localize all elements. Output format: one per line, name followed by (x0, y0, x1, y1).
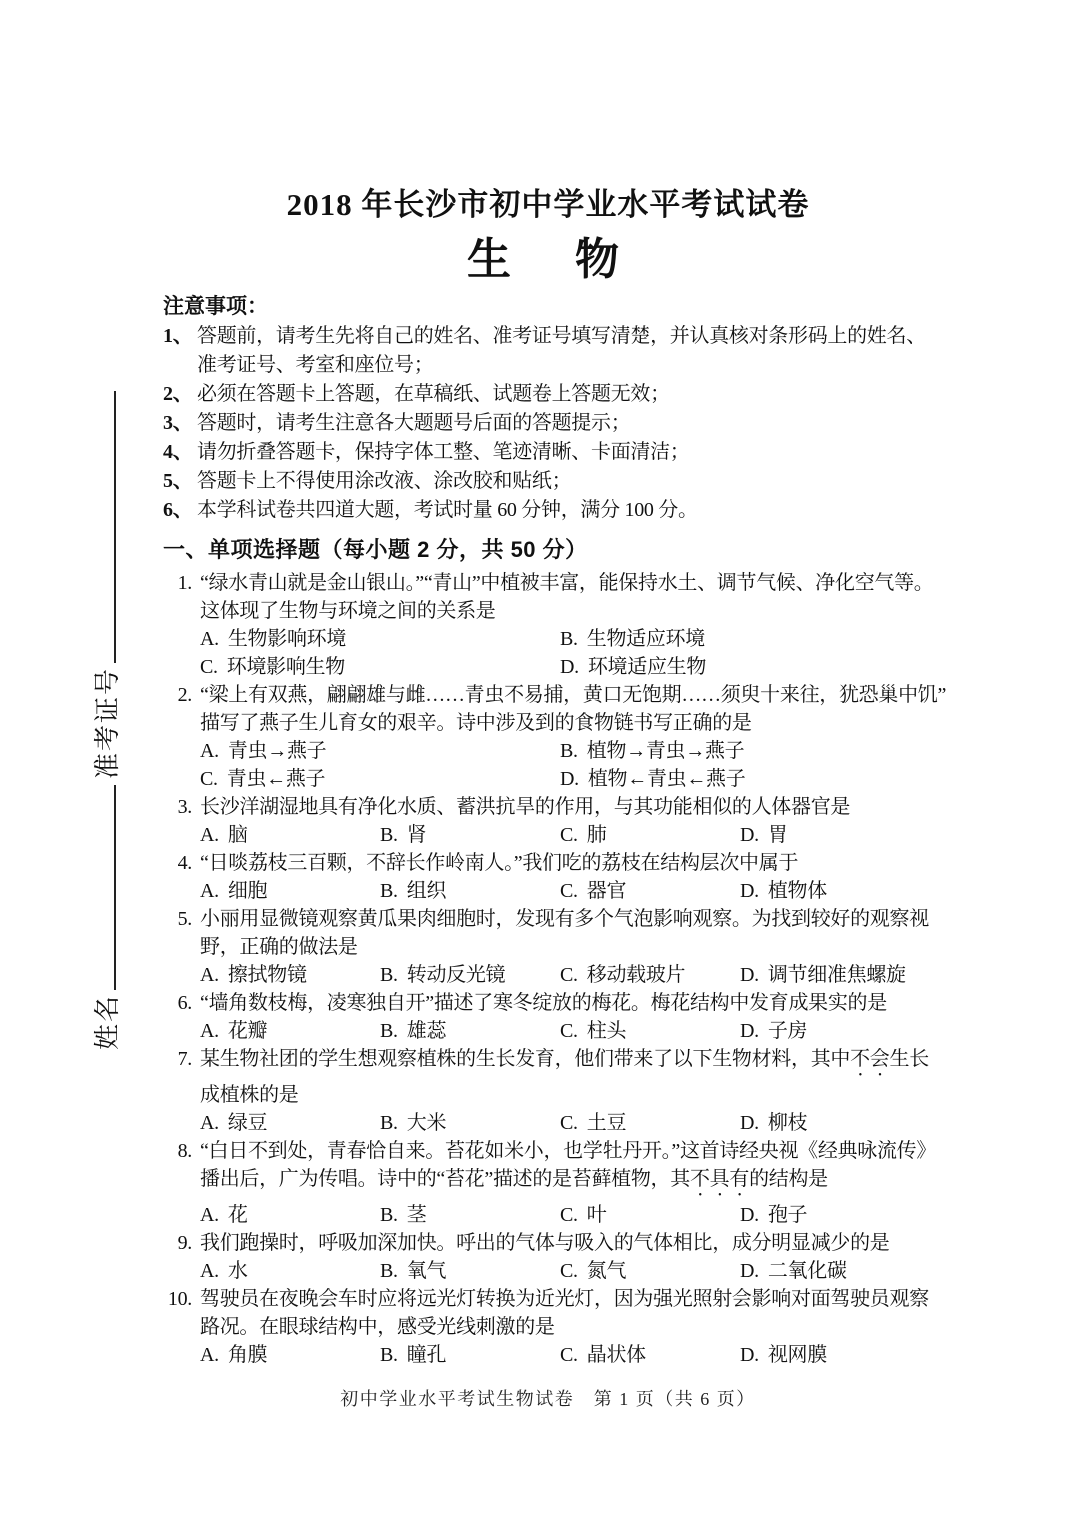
option-letter: B. (560, 625, 578, 653)
option-text: 氮气 (587, 1260, 626, 1282)
notice-text-line: 本学科试卷共四道大题，考试时量 60 分钟，满分 100 分。 (197, 496, 698, 525)
ticket-number-field-label: 准考证号 (93, 667, 122, 779)
option-D: D.植物体 (740, 877, 933, 905)
option-text: 大米 (407, 1112, 446, 1134)
ticket-number-blank-line (86, 391, 116, 663)
question-stem-line: 这体现了生物与环境之间的关系是 (200, 597, 933, 625)
notice-item: 5、答题卡上不得使用涂改液、涂改胶和贴纸； (163, 467, 933, 496)
option-A: A.绿豆 (200, 1109, 380, 1137)
option-C: C.氮气 (560, 1257, 740, 1285)
option-C: C.柱头 (560, 1017, 740, 1045)
stem-emphasized-text: 不具有 (690, 1168, 749, 1190)
question-item: 8.“白日不到处，青春恰自来。苔花如米小，也学牡丹开。”这首诗经央视《经典咏流传… (163, 1137, 933, 1229)
option-letter: C. (200, 653, 218, 681)
question-stem-line: 野，正确的做法是 (200, 933, 933, 961)
option-letter: C. (560, 1109, 578, 1137)
question-body: 驾驶员在夜晚会车时应将远光灯转换为近光灯，因为强光照射会影响对面驾驶员观察路况。… (200, 1285, 933, 1369)
stem-text: 小丽用显微镜观察黄瓜果肉细胞时，发现有多个气泡影响观察。为找到较好的观察视 (200, 908, 929, 930)
notice-list: 1、答题前，请考生先将自己的姓名、准考证号填写清楚，并认真核对条形码上的姓名、准… (163, 322, 933, 525)
option-letter: A. (200, 1201, 219, 1229)
notice-item: 6、本学科试卷共四道大题，考试时量 60 分钟，满分 100 分。 (163, 496, 933, 525)
question-number: 3. (163, 793, 200, 849)
option-letter: B. (380, 1257, 398, 1285)
option-A: A.脑 (200, 821, 380, 849)
question-number: 2. (163, 681, 200, 793)
option-text: 环境适应生物 (588, 656, 706, 678)
option-text: 晶状体 (587, 1344, 646, 1366)
option-text: 角膜 (228, 1344, 267, 1366)
stem-text: 野，正确的做法是 (200, 936, 358, 958)
option-A: A.擦拭物镜 (200, 961, 380, 989)
option-text: 组织 (407, 880, 446, 902)
question-stem-line: 驾驶员在夜晚会车时应将远光灯转换为近光灯，因为强光照射会影响对面驾驶员观察 (200, 1285, 933, 1313)
option-letter: A. (200, 821, 219, 849)
question-stem-line: “白日不到处，青春恰自来。苔花如米小，也学牡丹开。”这首诗经央视《经典咏流传》 (200, 1137, 933, 1165)
option-text: 水 (228, 1260, 248, 1282)
option-C: C.肺 (560, 821, 740, 849)
option-text: 擦拭物镜 (228, 964, 307, 986)
option-letter: B. (380, 1109, 398, 1137)
option-text: 肺 (587, 824, 607, 846)
option-D: D.环境适应生物 (560, 653, 933, 681)
option-letter: B. (380, 877, 398, 905)
option-text: 孢子 (768, 1204, 807, 1226)
question-number: 7. (163, 1045, 200, 1137)
question-item: 5.小丽用显微镜观察黄瓜果肉细胞时，发现有多个气泡影响观察。为找到较好的观察视野… (163, 905, 933, 989)
option-C: C.叶 (560, 1201, 740, 1229)
option-letter: D. (560, 653, 579, 681)
option-C: C.环境影响生物 (200, 653, 560, 681)
page-footer: 初中学业水平考试生物试卷 第 1 页（共 6 页） (163, 1387, 933, 1411)
stem-text: “白日不到处，青春恰自来。苔花如米小，也学牡丹开。”这首诗经央视《经典咏流传》 (200, 1140, 936, 1162)
notice-item-number: 4、 (163, 438, 197, 467)
option-letter: D. (740, 1201, 759, 1229)
option-text: 植物体 (768, 880, 827, 902)
notice-text-line: 答题前，请考生先将自己的姓名、准考证号填写清楚，并认真核对条形码上的姓名、 (197, 322, 926, 351)
question-item: 4.“日啖荔枝三百颗，不辞长作岭南人。”我们吃的荔枝在结构层次中属于A.细胞B.… (163, 849, 933, 905)
option-A: A.细胞 (200, 877, 380, 905)
option-text: 植物←青虫←燕子 (588, 768, 746, 790)
option-text: 转动反光镜 (407, 964, 506, 986)
option-text: 柳枝 (768, 1112, 807, 1134)
option-letter: A. (200, 1017, 219, 1045)
option-text: 脑 (228, 824, 248, 846)
notice-item-text: 本学科试卷共四道大题，考试时量 60 分钟，满分 100 分。 (197, 496, 698, 525)
option-text: 细胞 (228, 880, 267, 902)
question-stem-line: 长沙洋湖湿地具有净化水质、蓄洪抗旱的作用，与其功能相似的人体器官是 (200, 793, 933, 821)
question-item: 9.我们跑操时，呼吸加深加快。呼出的气体与吸入的气体相比，成分明显减少的是A.水… (163, 1229, 933, 1285)
exam-paper-page: 姓名准考证号 2018 年长沙市初中学业水平考试试卷 生 物 注意事项： 1、答… (0, 0, 1080, 1528)
option-letter: A. (200, 961, 219, 989)
stem-text: “墙角数枝梅，凌寒独自开”描述了寒冬绽放的梅花。梅花结构中发育成果实的是 (200, 992, 887, 1014)
option-B: B.雄蕊 (380, 1017, 560, 1045)
option-text: 柱头 (587, 1020, 626, 1042)
stem-text: 路况。在眼球结构中，感受光线刺激的是 (200, 1316, 555, 1338)
option-B: B.茎 (380, 1201, 560, 1229)
question-body: “绿水青山就是金山银山。”“青山”中植被丰富，能保持水土、调节气候、净化空气等。… (200, 569, 933, 681)
option-A: A.水 (200, 1257, 380, 1285)
option-C: C.晶状体 (560, 1341, 740, 1369)
stem-emphasized-text: 不会 (850, 1048, 889, 1070)
option-A: A.花瓣 (200, 1017, 380, 1045)
question-number: 6. (163, 989, 200, 1045)
option-letter: C. (560, 1257, 578, 1285)
question-body: 小丽用显微镜观察黄瓜果肉细胞时，发现有多个气泡影响观察。为找到较好的观察视野，正… (200, 905, 933, 989)
question-stem-line: 某生物社团的学生想观察植株的生长发育，他们带来了以下生物材料，其中不会生长 (200, 1045, 933, 1081)
question-body: 我们跑操时，呼吸加深加快。呼出的气体与吸入的气体相比，成分明显减少的是A.水B.… (200, 1229, 933, 1285)
notice-item: 3、答题时，请考生注意各大题题号后面的答题提示； (163, 409, 933, 438)
option-text: 胃 (768, 824, 788, 846)
option-D: D.孢子 (740, 1201, 933, 1229)
subject-title: 生 物 (163, 234, 933, 286)
option-B: B.生物适应环境 (560, 625, 933, 653)
stem-text: 描写了燕子生儿育女的艰辛。诗中涉及到的食物链书写正确的是 (200, 712, 752, 734)
question-stem-line: “梁上有双燕，翩翩雄与雌……青虫不易捕，黄口无饱期……须臾十来往，犹恐巢中饥” (200, 681, 933, 709)
option-text: 器官 (587, 880, 626, 902)
option-letter: A. (200, 1257, 219, 1285)
option-row: A.花B.茎C.叶D.孢子 (200, 1201, 933, 1229)
option-row: A.脑B.肾C.肺D.胃 (200, 821, 933, 849)
section-one-heading: 一、单项选择题（每小题 2 分，共 50 分） (163, 534, 933, 565)
option-letter: B. (380, 961, 398, 989)
seal-margin-area: 姓名准考证号 (86, 370, 126, 1050)
question-body: “梁上有双燕，翩翩雄与雌……青虫不易捕，黄口无饱期……须臾十来往，犹恐巢中饥”描… (200, 681, 933, 793)
option-row: A.水B.氧气C.氮气D.二氧化碳 (200, 1257, 933, 1285)
question-stem-line: 路况。在眼球结构中，感受光线刺激的是 (200, 1313, 933, 1341)
option-letter: C. (560, 1201, 578, 1229)
option-text: 青虫←燕子 (227, 768, 326, 790)
option-text: 青虫→燕子 (228, 740, 327, 762)
notice-item-number: 5、 (163, 467, 197, 496)
notice-text-line: 请勿折叠答题卡，保持字体工整、笔迹清晰、卡面清洁； (197, 438, 690, 467)
stem-text: 驾驶员在夜晚会车时应将远光灯转换为近光灯，因为强光照射会影响对面驾驶员观察 (200, 1288, 929, 1310)
option-A: A.角膜 (200, 1341, 380, 1369)
stem-text: 成植株的是 (200, 1084, 299, 1106)
question-stem-line: “墙角数枝梅，凌寒独自开”描述了寒冬绽放的梅花。梅花结构中发育成果实的是 (200, 989, 933, 1017)
option-row: A.细胞B.组织C.器官D.植物体 (200, 877, 933, 905)
option-text: 氧气 (407, 1260, 446, 1282)
option-B: B.转动反光镜 (380, 961, 560, 989)
notice-item-number: 3、 (163, 409, 197, 438)
question-number: 10. (163, 1285, 200, 1369)
notice-item-text: 请勿折叠答题卡，保持字体工整、笔迹清晰、卡面清洁； (197, 438, 690, 467)
notice-item-number: 6、 (163, 496, 197, 525)
option-B: B.植物→青虫→燕子 (560, 737, 933, 765)
stem-text: 生长 (890, 1048, 929, 1070)
stem-text: “绿水青山就是金山银山。”“青山”中植被丰富，能保持水土、调节气候、净化空气等。 (200, 572, 934, 594)
option-C: C.土豆 (560, 1109, 740, 1137)
option-letter: A. (200, 625, 219, 653)
option-text: 生物影响环境 (228, 628, 346, 650)
question-number: 4. (163, 849, 200, 905)
question-body: 长沙洋湖湿地具有净化水质、蓄洪抗旱的作用，与其功能相似的人体器官是A.脑B.肾C… (200, 793, 933, 849)
notice-item: 2、必须在答题卡上答题，在草稿纸、试题卷上答题无效； (163, 380, 933, 409)
option-letter: A. (200, 877, 219, 905)
option-text: 土豆 (587, 1112, 626, 1134)
option-letter: D. (740, 877, 759, 905)
option-B: B.组织 (380, 877, 560, 905)
option-D: D.柳枝 (740, 1109, 933, 1137)
option-letter: D. (740, 1341, 759, 1369)
question-stem-line: “绿水青山就是金山银山。”“青山”中植被丰富，能保持水土、调节气候、净化空气等。 (200, 569, 933, 597)
question-number: 9. (163, 1229, 200, 1285)
question-list: 1.“绿水青山就是金山银山。”“青山”中植被丰富，能保持水土、调节气候、净化空气… (163, 569, 933, 1369)
option-B: B.肾 (380, 821, 560, 849)
option-text: 肾 (407, 824, 427, 846)
option-A: A.生物影响环境 (200, 625, 560, 653)
option-text: 茎 (407, 1204, 427, 1226)
notice-heading: 注意事项： (163, 292, 933, 322)
option-C: C.器官 (560, 877, 740, 905)
notice-item-text: 必须在答题卡上答题，在草稿纸、试题卷上答题无效； (197, 380, 670, 409)
question-body: “墙角数枝梅，凌寒独自开”描述了寒冬绽放的梅花。梅花结构中发育成果实的是A.花瓣… (200, 989, 933, 1045)
stem-text: “日啖荔枝三百颗，不辞长作岭南人。”我们吃的荔枝在结构层次中属于 (200, 852, 798, 874)
question-number: 8. (163, 1137, 200, 1229)
notice-item-text: 答题时，请考生注意各大题题号后面的答题提示； (197, 409, 630, 438)
option-D: D.子房 (740, 1017, 933, 1045)
option-letter: A. (200, 1109, 219, 1137)
question-stem-line: 成植株的是 (200, 1081, 933, 1109)
question-item: 7.某生物社团的学生想观察植株的生长发育，他们带来了以下生物材料，其中不会生长成… (163, 1045, 933, 1137)
question-number: 1. (163, 569, 200, 681)
option-text: 生物适应环境 (587, 628, 705, 650)
question-body: 某生物社团的学生想观察植株的生长发育，他们带来了以下生物材料，其中不会生长成植株… (200, 1045, 933, 1137)
option-A: A.青虫→燕子 (200, 737, 560, 765)
option-B: B.瞳孔 (380, 1341, 560, 1369)
notice-text-line: 答题卡上不得使用涂改液、涂改胶和贴纸； (197, 467, 571, 496)
option-text: 叶 (587, 1204, 607, 1226)
option-letter: C. (560, 1017, 578, 1045)
option-text: 瞳孔 (407, 1344, 446, 1366)
question-stem-line: 播出后，广为传唱。诗中的“苔花”描述的是苔藓植物，其不具有的结构是 (200, 1165, 933, 1201)
notice-item: 4、请勿折叠答题卡，保持字体工整、笔迹清晰、卡面清洁； (163, 438, 933, 467)
notice-item-number: 1、 (163, 322, 197, 380)
question-stem-line: 小丽用显微镜观察黄瓜果肉细胞时，发现有多个气泡影响观察。为找到较好的观察视 (200, 905, 933, 933)
notice-text-line: 准考证号、考室和座位号； (197, 351, 926, 380)
option-letter: A. (200, 1341, 219, 1369)
option-row: A.绿豆B.大米C.土豆D.柳枝 (200, 1109, 933, 1137)
question-item: 2.“梁上有双燕，翩翩雄与雌……青虫不易捕，黄口无饱期……须臾十来往，犹恐巢中饥… (163, 681, 933, 793)
option-letter: C. (560, 961, 578, 989)
option-letter: B. (380, 1017, 398, 1045)
option-D: D.胃 (740, 821, 933, 849)
question-number: 5. (163, 905, 200, 989)
notice-item-text: 答题卡上不得使用涂改液、涂改胶和贴纸； (197, 467, 571, 496)
option-text: 花瓣 (228, 1020, 267, 1042)
question-item: 3.长沙洋湖湿地具有净化水质、蓄洪抗旱的作用，与其功能相似的人体器官是A.脑B.… (163, 793, 933, 849)
option-letter: D. (740, 961, 759, 989)
option-letter: B. (380, 1341, 398, 1369)
option-text: 植物→青虫→燕子 (587, 740, 745, 762)
option-text: 花 (228, 1204, 248, 1226)
option-letter: C. (200, 765, 218, 793)
stem-text: 这体现了生物与环境之间的关系是 (200, 600, 496, 622)
option-text: 环境影响生物 (227, 656, 345, 678)
option-letter: D. (740, 1017, 759, 1045)
option-letter: A. (200, 737, 219, 765)
option-B: B.氧气 (380, 1257, 560, 1285)
stem-text: 长沙洋湖湿地具有净化水质、蓄洪抗旱的作用，与其功能相似的人体器官是 (200, 796, 850, 818)
notice-text-line: 答题时，请考生注意各大题题号后面的答题提示； (197, 409, 630, 438)
name-field-label: 姓名 (93, 994, 122, 1050)
option-text: 调节细准焦螺旋 (768, 964, 906, 986)
notice-item: 1、答题前，请考生先将自己的姓名、准考证号填写清楚，并认真核对条形码上的姓名、准… (163, 322, 933, 380)
question-item: 6.“墙角数枝梅，凌寒独自开”描述了寒冬绽放的梅花。梅花结构中发育成果实的是A.… (163, 989, 933, 1045)
question-body: “日啖荔枝三百颗，不辞长作岭南人。”我们吃的荔枝在结构层次中属于A.细胞B.组织… (200, 849, 933, 905)
option-text: 视网膜 (768, 1344, 827, 1366)
option-C: C.青虫←燕子 (200, 765, 560, 793)
exam-title: 2018 年长沙市初中学业水平考试试卷 (163, 186, 933, 224)
option-text: 雄蕊 (407, 1020, 446, 1042)
question-item: 10.驾驶员在夜晚会车时应将远光灯转换为近光灯，因为强光照射会影响对面驾驶员观察… (163, 1285, 933, 1369)
option-row: A.生物影响环境B.生物适应环境C.环境影响生物D.环境适应生物 (200, 625, 933, 681)
option-D: D.植物←青虫←燕子 (560, 765, 933, 793)
option-D: D.调节细准焦螺旋 (740, 961, 933, 989)
exam-content: 2018 年长沙市初中学业水平考试试卷 生 物 注意事项： 1、答题前，请考生先… (163, 186, 933, 1411)
option-D: D.视网膜 (740, 1341, 933, 1369)
option-letter: C. (560, 821, 578, 849)
question-item: 1.“绿水青山就是金山银山。”“青山”中植被丰富，能保持水土、调节气候、净化空气… (163, 569, 933, 681)
option-text: 子房 (768, 1020, 807, 1042)
option-row: A.擦拭物镜B.转动反光镜C.移动载玻片D.调节细准焦螺旋 (200, 961, 933, 989)
stem-text: 的结构是 (749, 1168, 828, 1190)
option-A: A.花 (200, 1201, 380, 1229)
option-C: C.移动载玻片 (560, 961, 740, 989)
option-letter: B. (380, 821, 398, 849)
option-letter: D. (560, 765, 579, 793)
question-stem-line: 我们跑操时，呼吸加深加快。呼出的气体与吸入的气体相比，成分明显减少的是 (200, 1229, 933, 1257)
option-letter: D. (740, 821, 759, 849)
notice-section: 注意事项： 1、答题前，请考生先将自己的姓名、准考证号填写清楚，并认真核对条形码… (163, 292, 933, 525)
option-text: 二氧化碳 (768, 1260, 847, 1282)
question-stem-line: 描写了燕子生儿育女的艰辛。诗中涉及到的食物链书写正确的是 (200, 709, 933, 737)
option-letter: B. (560, 737, 578, 765)
option-letter: C. (560, 877, 578, 905)
option-D: D.二氧化碳 (740, 1257, 933, 1285)
option-letter: B. (380, 1201, 398, 1229)
notice-item-number: 2、 (163, 380, 197, 409)
option-row: A.青虫→燕子B.植物→青虫→燕子C.青虫←燕子D.植物←青虫←燕子 (200, 737, 933, 793)
stem-text: 某生物社团的学生想观察植株的生长发育，他们带来了以下生物材料，其中 (200, 1048, 850, 1070)
option-row: A.角膜B.瞳孔C.晶状体D.视网膜 (200, 1341, 933, 1369)
option-B: B.大米 (380, 1109, 560, 1137)
option-row: A.花瓣B.雄蕊C.柱头D.子房 (200, 1017, 933, 1045)
option-text: 移动载玻片 (587, 964, 686, 986)
notice-text-line: 必须在答题卡上答题，在草稿纸、试题卷上答题无效； (197, 380, 670, 409)
option-letter: D. (740, 1109, 759, 1137)
name-blank-line (86, 785, 116, 990)
option-text: 绿豆 (228, 1112, 267, 1134)
stem-text: 播出后，广为传唱。诗中的“苔花”描述的是苔藓植物，其 (200, 1168, 690, 1190)
stem-text: “梁上有双燕，翩翩雄与雌……青虫不易捕，黄口无饱期……须臾十来往，犹恐巢中饥” (200, 684, 946, 706)
stem-text: 我们跑操时，呼吸加深加快。呼出的气体与吸入的气体相比，成分明显减少的是 (200, 1232, 890, 1254)
notice-item-text: 答题前，请考生先将自己的姓名、准考证号填写清楚，并认真核对条形码上的姓名、准考证… (197, 322, 926, 380)
option-letter: D. (740, 1257, 759, 1285)
option-letter: C. (560, 1341, 578, 1369)
question-body: “白日不到处，青春恰自来。苔花如米小，也学牡丹开。”这首诗经央视《经典咏流传》播… (200, 1137, 933, 1229)
question-stem-line: “日啖荔枝三百颗，不辞长作岭南人。”我们吃的荔枝在结构层次中属于 (200, 849, 933, 877)
